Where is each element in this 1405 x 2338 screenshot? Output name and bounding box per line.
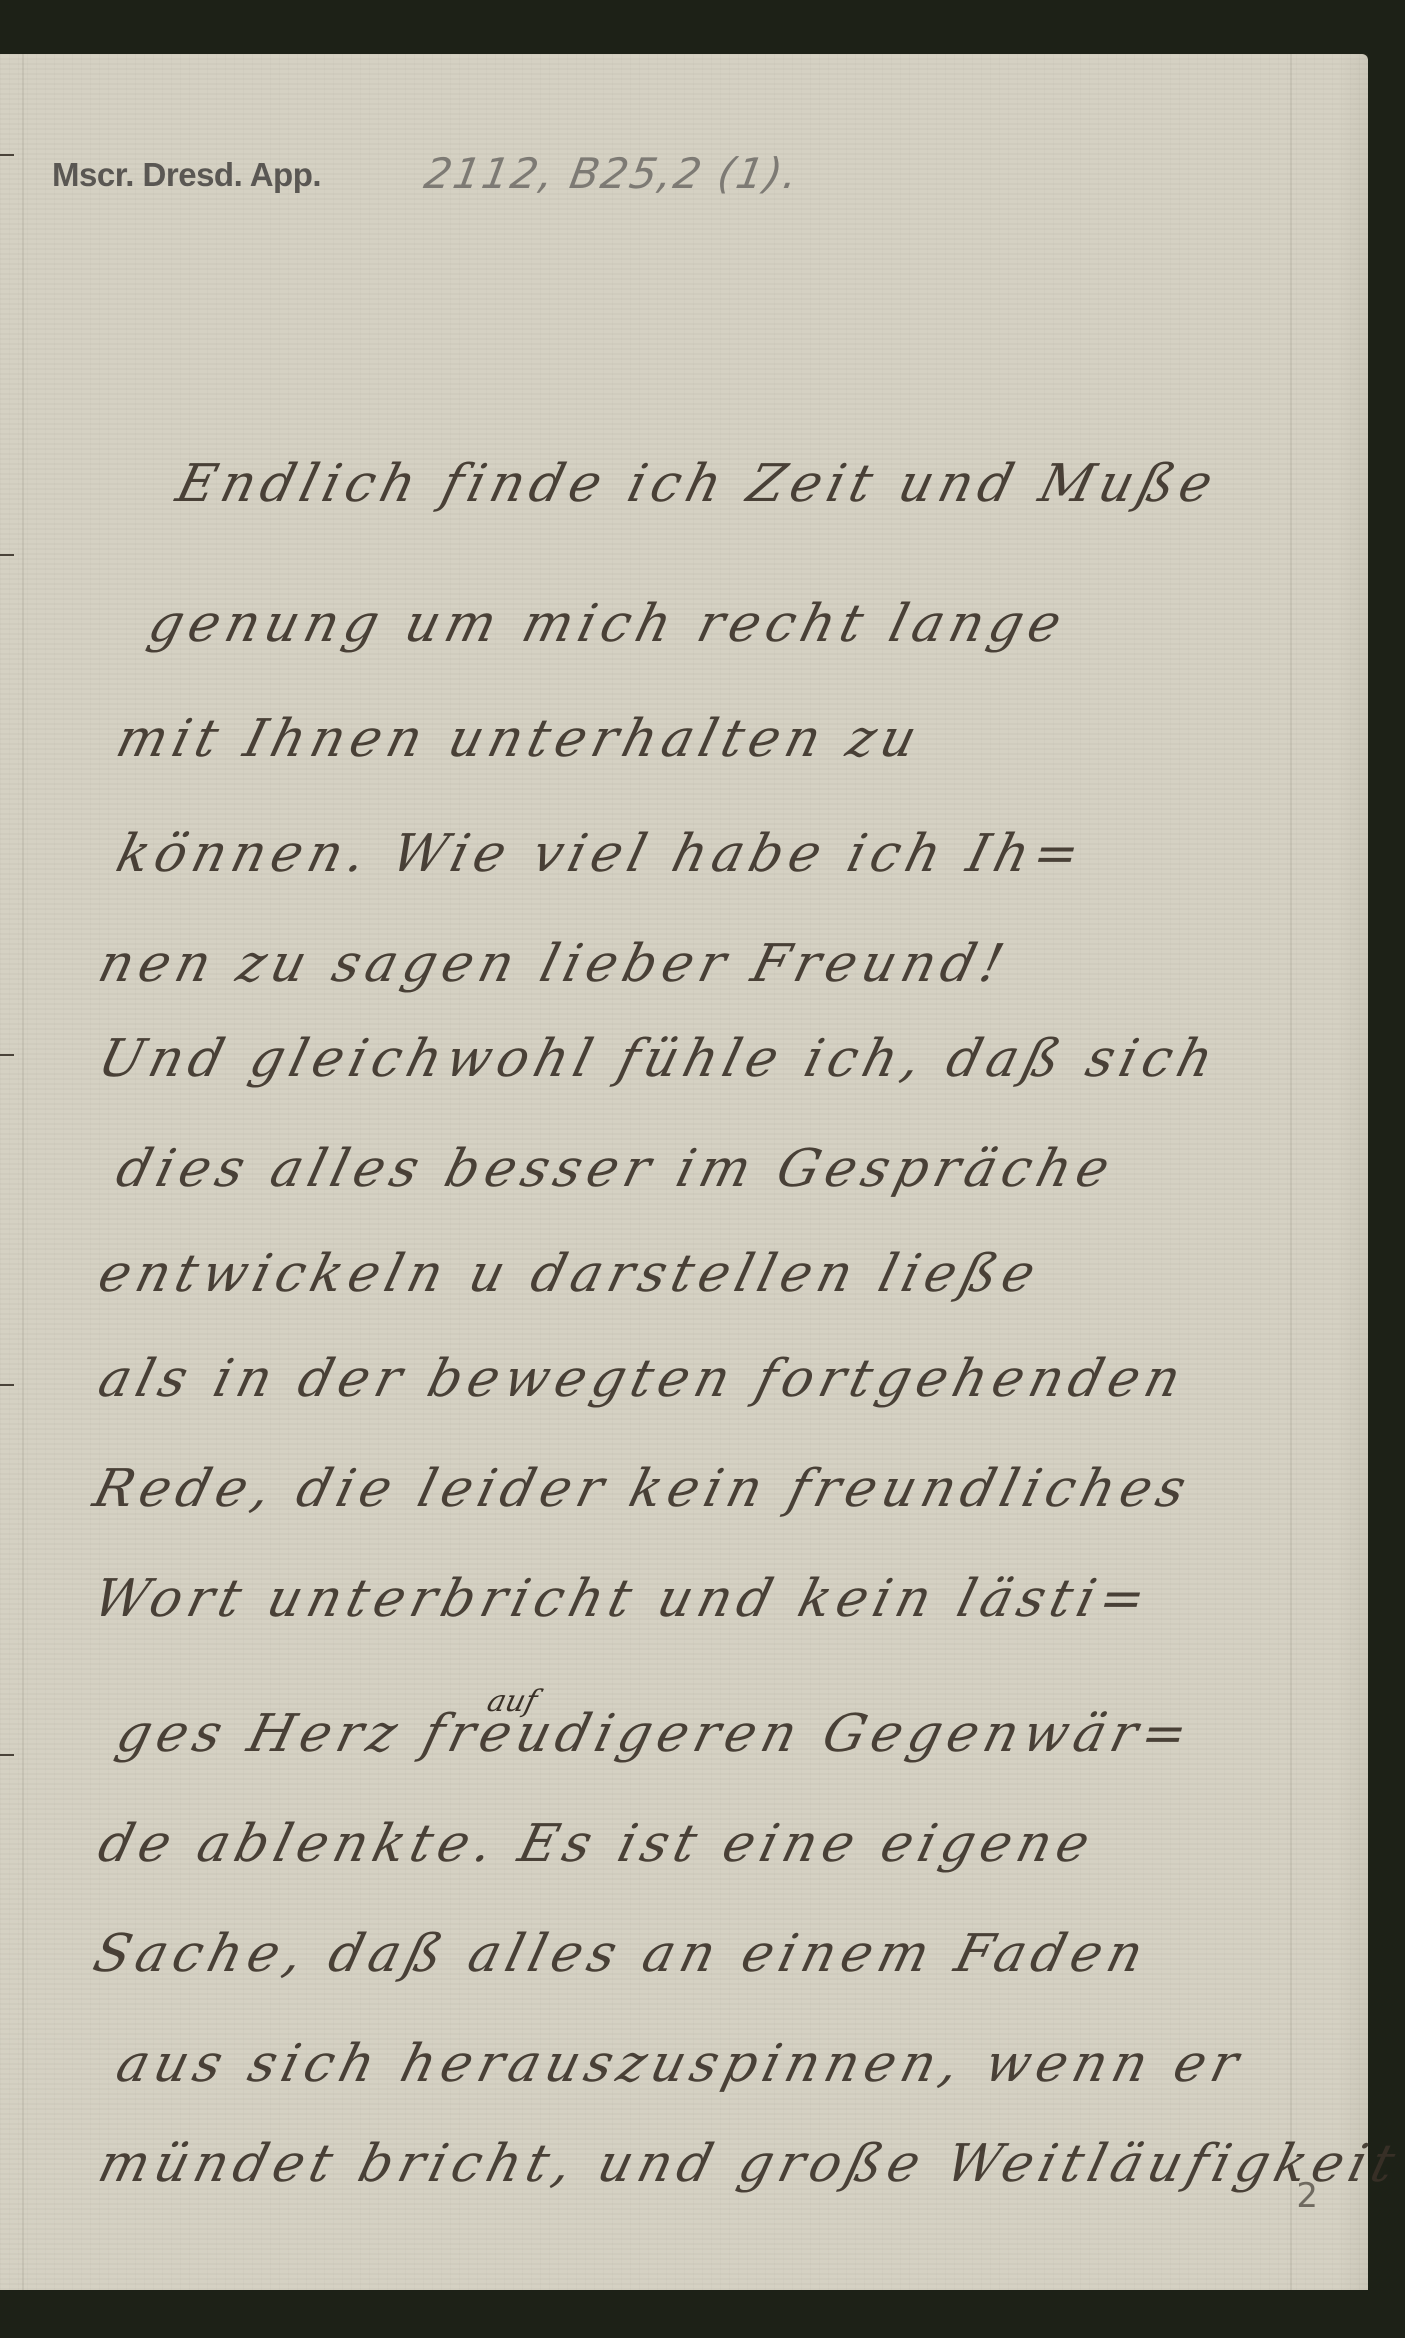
letter-line: Rede, die leider kein freundliches <box>88 1459 1198 1519</box>
letter-line: entwickeln u darstellen ließe <box>93 1244 1047 1304</box>
letter-line: Sache, daß alles an einem Faden <box>88 1924 1155 1984</box>
page-number: 2 <box>1296 2176 1318 2216</box>
margin-ink-mark <box>0 1054 14 1056</box>
letter-body: Endlich finde ich Zeit und Muße genung u… <box>0 54 1368 2290</box>
letter-line: Und gleichwohl fühle ich, daß sich <box>93 1029 1225 1089</box>
letter-line: dies alles besser im Gespräche <box>111 1139 1122 1199</box>
letter-line: Endlich finde ich Zeit und Muße <box>171 454 1225 514</box>
letter-line: aus sich herauszuspinnen, wenn er <box>111 2034 1251 2094</box>
letter-line: genung um mich recht lange <box>143 594 1074 654</box>
letter-line: ges Herz freudigeren Gegenwär= <box>111 1704 1200 1764</box>
letter-line: Wort unterbricht und kein lästi= <box>88 1569 1158 1629</box>
margin-ink-mark <box>0 554 14 556</box>
margin-ink-mark <box>0 154 14 156</box>
letter-line: de ablenkte. Es ist eine eigene <box>93 1814 1102 1874</box>
letter-line: mit Ihnen unterhalten zu <box>111 709 929 769</box>
letter-line: nen zu sagen lieber Freund! <box>93 934 1016 994</box>
letter-line: mündet bricht, und große Weitläufigkeit <box>93 2134 1405 2194</box>
letter-line: können. Wie viel habe ich Ih= <box>111 824 1092 884</box>
margin-ink-mark <box>0 1754 14 1756</box>
letter-line: als in der bewegten fortgehenden <box>93 1349 1193 1409</box>
margin-ink-mark <box>0 1384 14 1386</box>
manuscript-page: Mscr. Dresd. App. 2112, B25,2 (1). Endli… <box>0 54 1368 2290</box>
